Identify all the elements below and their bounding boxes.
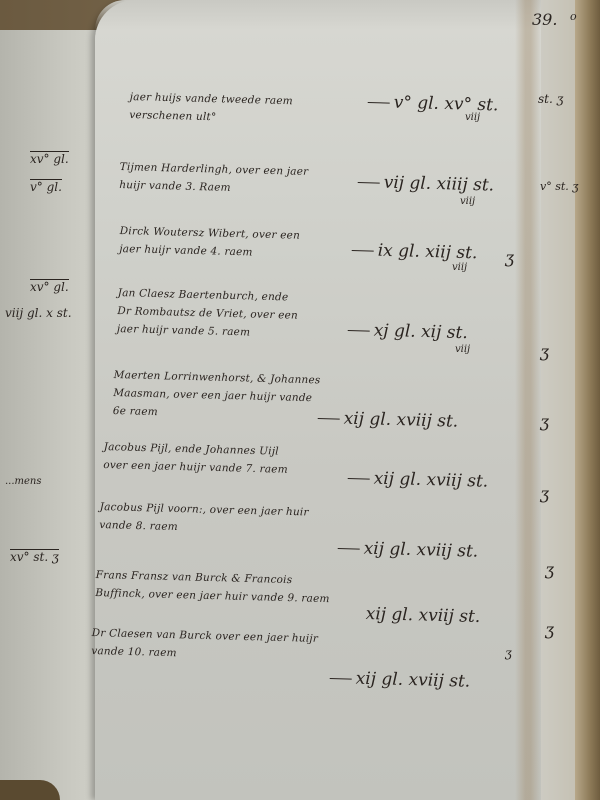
entry-amount: vij gl. xiiij st. (357, 172, 494, 196)
left-page: xv° gl. v° gl. xv° gl. viij gl. x st. ..… (0, 30, 108, 800)
left-note: v° gl. (30, 180, 62, 194)
manuscript-photo: xv° gl. v° gl. xv° gl. viij gl. x st. ..… (0, 0, 600, 800)
entry-amount: xij gl. xviij st. (347, 468, 488, 492)
entry-amount: xij gl. xviij st. (337, 538, 478, 562)
margin-mark: ʒ (545, 620, 554, 639)
entry-subamount: viij (455, 344, 470, 355)
entry-subamount: viij (452, 262, 467, 273)
entry-text: Jan Claesz Baertenburch, endeDr Rombauts… (117, 284, 299, 343)
entry-text: Dr Claesen van Burck over een jaer huijr… (91, 624, 318, 666)
entry-text: Tijmen Harderlingh, over een jaerhuijr v… (119, 158, 309, 199)
margin-mark: ʒ (545, 560, 554, 579)
page-fold (515, 0, 541, 800)
page-edge-stain (575, 0, 600, 800)
margin-mark: ʒ (540, 412, 549, 431)
entry-amount: xj gl. xij st. (347, 320, 468, 343)
margin-mark: ʒ (505, 248, 514, 267)
entry-text: Jacobus Pijl, ende Johannes Uijlover een… (103, 438, 288, 479)
margin-mark: ʒ (540, 342, 549, 361)
margin-mark: v° st. ʒ (540, 180, 578, 193)
entry-amount: xij gl. xviij st. (317, 408, 458, 432)
left-note: xv° gl. (30, 152, 69, 166)
margin-mark: ʒ (505, 646, 512, 660)
entry-text: Jacobus Pijl voorn:, over een jaer huirv… (99, 498, 309, 539)
left-note: xv° st. ʒ (10, 550, 59, 564)
left-note: xv° gl. (30, 280, 69, 294)
entry-amount: xij gl. xviij st. (329, 668, 470, 692)
left-note: ...mens (5, 476, 42, 487)
corner-marker: o (570, 10, 577, 23)
entry-amount: ix gl. xiij st. (351, 240, 477, 263)
margin-mark: ʒ (540, 484, 549, 503)
entry-text: Dirck Woutersz Wibert, over eenjaer huij… (119, 222, 300, 263)
page-shadow (0, 780, 60, 800)
page-edge (95, 0, 565, 30)
left-note: viij gl. x st. (5, 306, 72, 320)
entry-amount: xij gl. xviij st. (365, 604, 480, 627)
page-number: 39. (532, 10, 557, 29)
entry-subamount: viij (465, 112, 480, 123)
entry-subamount: viij (460, 196, 475, 207)
entry-text: jaer huijs vande tweede raemverschenen u… (129, 88, 293, 128)
entry-text: Frans Fransz van Burck & FrancoisBuffinc… (95, 566, 330, 608)
entry-text: Maerten Lorrinwenhorst, & JohannesMaasma… (113, 366, 321, 425)
margin-mark: st. ʒ (538, 92, 563, 106)
